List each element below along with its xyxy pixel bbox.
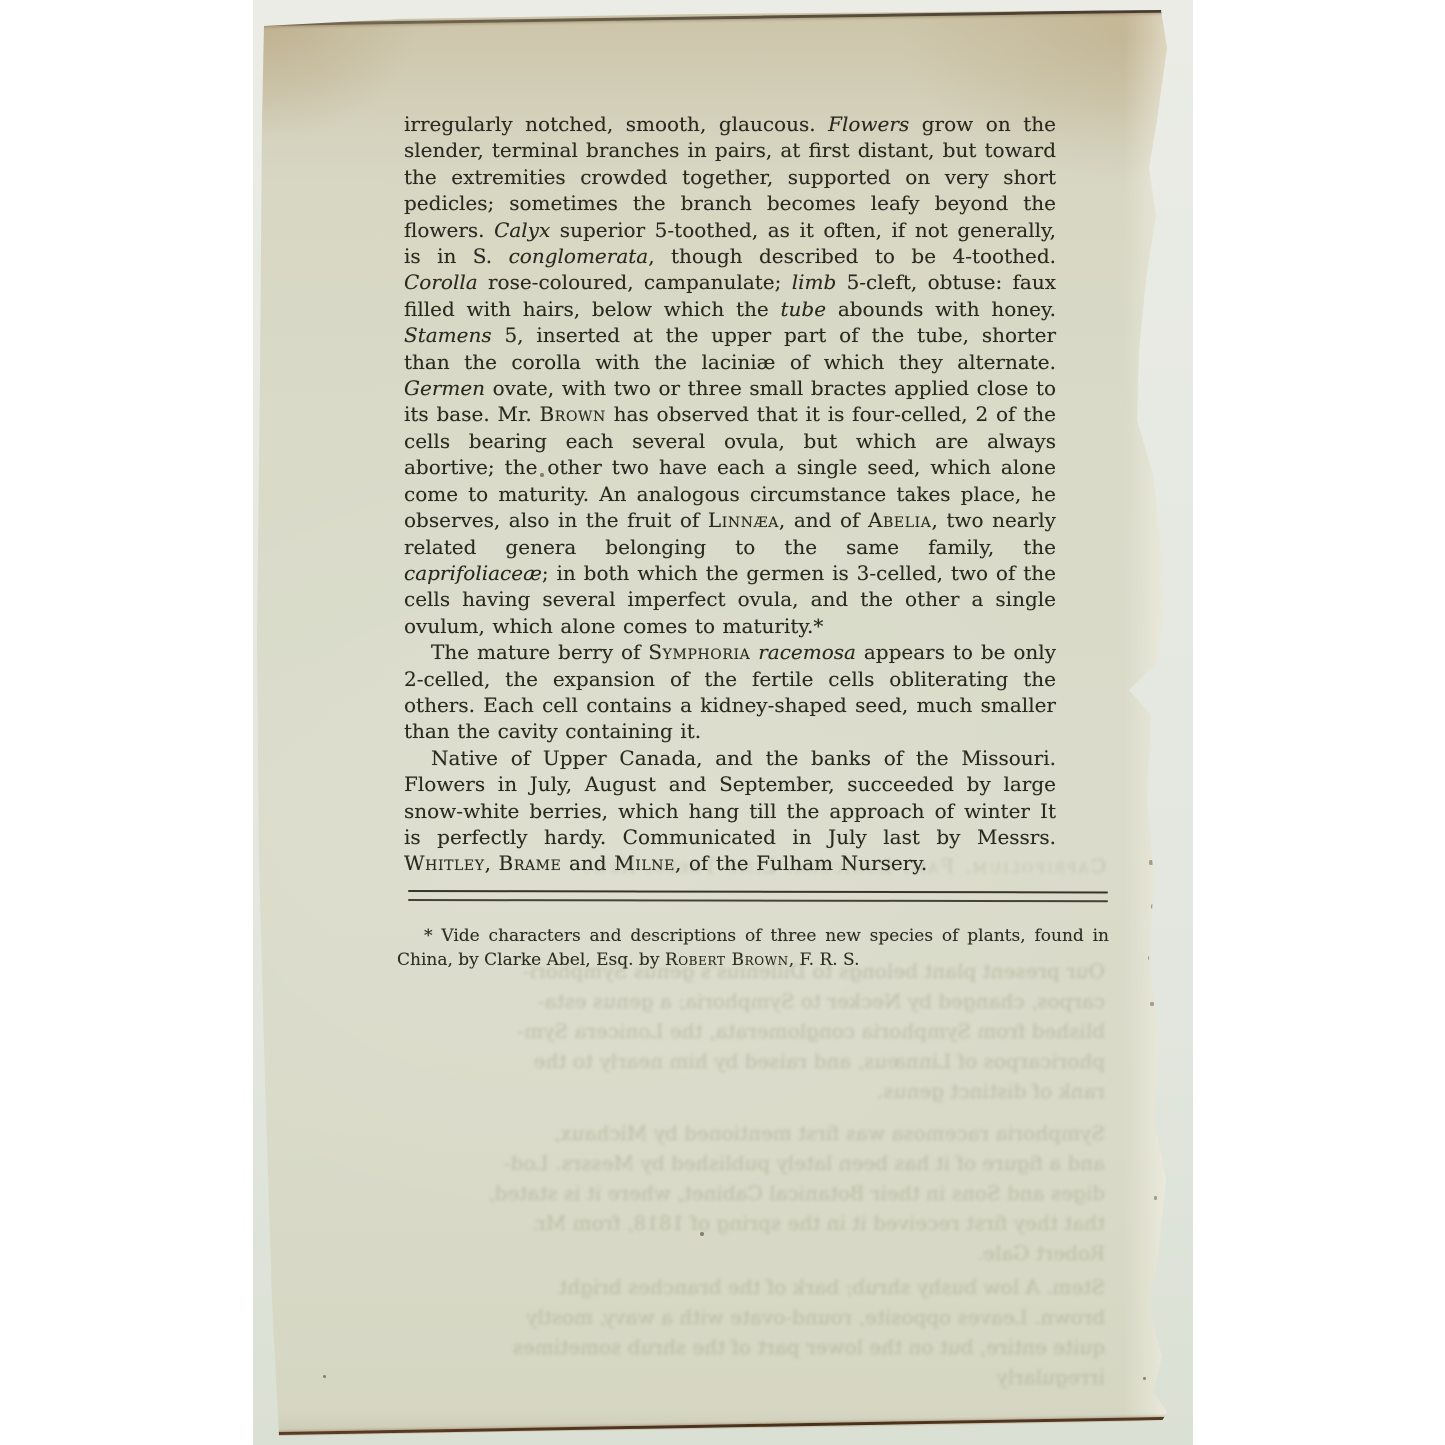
- footnote-rule-lower: [408, 899, 1108, 902]
- ghost-line: quite entire, but on the lower part of t…: [405, 1332, 1105, 1362]
- small-caps-run: Milne: [614, 851, 675, 875]
- ghost-line: Robert Gale.: [405, 1238, 1105, 1268]
- paragraph: Native of Upper Canada, and the banks of…: [404, 745, 1056, 877]
- ghost-line: diges and Sons in their Botanical Cabine…: [405, 1178, 1105, 1208]
- small-caps-run: Linnæa: [708, 508, 779, 532]
- text-run: rose-coloured, campanulate;: [478, 270, 792, 294]
- ghost-line: and a figure of it has been lately publi…: [405, 1148, 1105, 1178]
- text-run: and: [561, 851, 614, 875]
- footnote-rule-upper: [408, 890, 1108, 894]
- ghost-line: rank of distinct genus.: [405, 1076, 1105, 1106]
- photographed-book-page-scene: Caprifolium. Fam. Lonicera. Lime Trees. …: [0, 0, 1445, 1445]
- text-run: , though described to be 4-toothed.: [648, 244, 1056, 268]
- paragraph: The mature berry of Symphoria racemosa a…: [404, 639, 1056, 745]
- small-caps-run: Brown: [540, 402, 606, 426]
- ghost-show-through-block: Our present plant belongs to Dillenius's…: [405, 956, 1105, 1106]
- text-run: 5, inserted at the upper part of the tub…: [404, 323, 1056, 373]
- text-run: ,: [485, 851, 499, 875]
- text-run: The mature berry of: [431, 640, 648, 664]
- text-run: abounds with honey.: [826, 297, 1056, 321]
- small-caps-run: Brame: [499, 851, 562, 875]
- italic-run: Stamens: [404, 323, 492, 347]
- foxing-speck: [700, 1232, 704, 1236]
- foxing-speck: [540, 473, 544, 477]
- italic-run: limb: [792, 270, 837, 294]
- footnote-text: * Vide characters and descriptions of th…: [397, 925, 1109, 972]
- ghost-line: carpos, changed by Necker to Symphoria; …: [405, 986, 1105, 1016]
- italic-run: tube: [781, 297, 827, 321]
- small-caps-run: Robert Brown: [665, 950, 789, 970]
- foxing-speck: [1143, 1377, 1146, 1380]
- text-run: Native of Upper Canada, and the banks of…: [404, 746, 1056, 849]
- ghost-line: phoricarpos of Linnæus, and raised by hi…: [405, 1046, 1105, 1076]
- paragraph: irregularly notched, smooth, glaucous. F…: [404, 111, 1056, 639]
- ghost-line: that they first received it in the sprin…: [405, 1208, 1105, 1238]
- tear-debris: [1154, 1196, 1157, 1200]
- ghost-line: Symphoria racemosa was first mentioned b…: [405, 1118, 1105, 1148]
- text-run: irregularly notched, smooth, glaucous.: [404, 112, 828, 136]
- italic-run: Corolla: [404, 270, 478, 294]
- italic-run: Germen: [404, 376, 485, 400]
- small-caps-run: Whitley: [404, 851, 485, 875]
- italic-run: racemosa: [758, 640, 856, 664]
- tear-debris: [1150, 1002, 1154, 1006]
- text-run: , of the Fulham Nursery.: [675, 851, 927, 875]
- small-caps-run: Abelia: [868, 508, 932, 532]
- italic-run: caprifoliaceæ: [404, 561, 542, 585]
- ghost-line: Stem. A low bushy shrub; bark of the bra…: [405, 1272, 1105, 1302]
- text-run: , and of: [779, 508, 868, 532]
- small-caps-run: Symphoria: [648, 640, 750, 664]
- ghost-show-through-block: Symphoria racemosa was first mentioned b…: [405, 1118, 1105, 1268]
- italic-run: conglomerata: [509, 244, 649, 268]
- text-run: , F. R. S.: [789, 950, 860, 970]
- ghost-line: blished from Symphoria conglomerata, the…: [405, 1016, 1105, 1046]
- ghost-show-through-block: Stem. A low bushy shrub; bark of the bra…: [405, 1272, 1105, 1392]
- italic-run: Calyx: [494, 218, 550, 242]
- book-page-leaf: Caprifolium. Fam. Lonicera. Lime Trees. …: [256, 8, 1170, 1440]
- ghost-line: brown. Leaves opposite, round-ovate with…: [405, 1302, 1105, 1332]
- ghost-line: irregularly: [405, 1362, 1105, 1392]
- foxing-speck: [323, 1375, 326, 1378]
- main-text-block: irregularly notched, smooth, glaucous. F…: [404, 111, 1056, 877]
- italic-run: Flowers: [828, 112, 909, 136]
